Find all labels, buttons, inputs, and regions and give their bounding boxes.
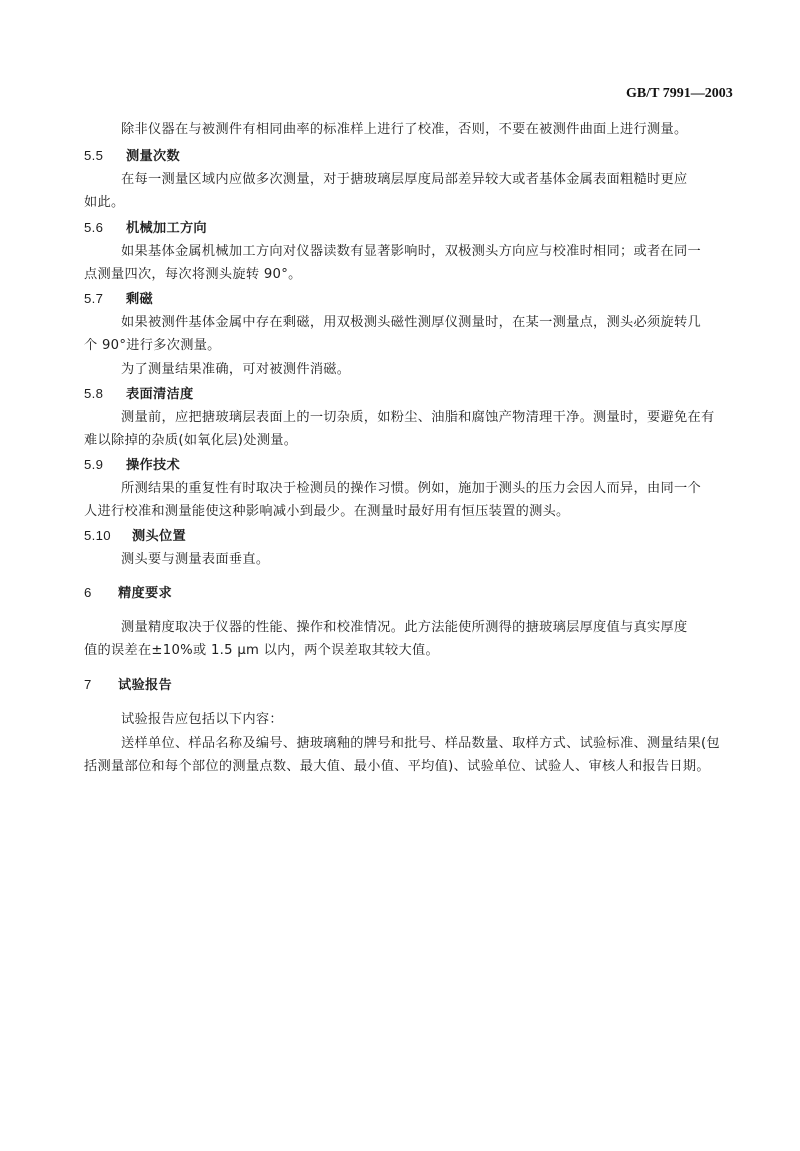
paragraph-line: 在每一测量区域内应做多次测量，对于搪玻璃层厚度局部差异较大或者基体金属表面粗糙时… [121, 172, 687, 188]
heading-number: 7 [84, 677, 118, 693]
heading-title: 测头位置 [132, 529, 186, 544]
heading-number: 5.6 [84, 220, 126, 236]
heading-title: 操作技术 [126, 458, 180, 473]
heading-number: 5.5 [84, 148, 126, 164]
paragraph-line: 人进行校准和测量能使这种影响减小到最少。在测量时最好用有恒压装置的测头。 [84, 504, 570, 520]
paragraph-line: 送样单位、样品名称及编号、搪玻璃釉的牌号和批号、样品数量、取样方式、试验标准、测… [121, 736, 720, 752]
heading-title: 机械加工方向 [126, 221, 207, 236]
paragraph-line: 如此。 [84, 195, 124, 211]
heading-title: 表面清洁度 [126, 387, 193, 402]
heading-title: 精度要求 [118, 586, 172, 601]
subsection-heading: 5.10测头位置 [84, 528, 186, 545]
paragraph-line: 为了测量结果准确，可对被测件消磁。 [121, 362, 350, 378]
subsection-heading: 5.5测量次数 [84, 148, 180, 165]
paragraph-line: 如果被测件基体金属中存在剩磁，用双极测头磁性测厚仪测量时，在某一测量点，测头必须… [121, 315, 701, 331]
subsection-heading: 5.8表面清洁度 [84, 386, 193, 403]
heading-number: 6 [84, 585, 118, 601]
standard-number: GB/T 7991—2003 [626, 86, 733, 102]
heading-number: 5.8 [84, 386, 126, 402]
paragraph-line: 测头要与测量表面垂直。 [121, 552, 269, 568]
paragraph-line: 个 90°进行多次测量。 [84, 338, 221, 354]
paragraph-line: 括测量部位和每个部位的测量点数、最大值、最小值、平均值)、试验单位、试验人、审核… [84, 759, 710, 775]
subsection-heading: 5.9操作技术 [84, 457, 180, 474]
subsection-heading: 5.6机械加工方向 [84, 220, 207, 237]
paragraph-line: 测量前，应把搪玻璃层表面上的一切杂质，如粉尘、油脂和腐蚀产物清理干净。测量时，要… [121, 410, 714, 426]
heading-number: 5.9 [84, 457, 126, 473]
heading-title: 试验报告 [118, 678, 172, 693]
paragraph-line: 值的误差在±10%或 1.5 μm 以内，两个误差取其较大值。 [84, 643, 439, 659]
paragraph-line: 点测量四次，每次将测头旋转 90°。 [84, 267, 302, 283]
heading-number: 5.10 [84, 528, 132, 544]
paragraph-line: 如果基体金属机械加工方向对仪器读数有显著影响时，双极测头方向应与校准时相同；或者… [121, 244, 701, 260]
heading-title: 测量次数 [126, 149, 180, 164]
paragraph-line: 测量精度取决于仪器的性能、操作和校准情况。此方法能使所测得的搪玻璃层厚度值与真实… [121, 620, 687, 636]
heading-title: 剩磁 [126, 292, 153, 307]
section-heading: 7试验报告 [84, 677, 172, 694]
heading-number: 5.7 [84, 291, 126, 307]
subsection-heading: 5.7剩磁 [84, 291, 153, 308]
paragraph-line: 除非仪器在与被测件有相同曲率的标准样上进行了校准，否则，不要在被测件曲面上进行测… [121, 122, 687, 138]
paragraph-line: 难以除掉的杂质(如氧化层)处测量。 [84, 433, 297, 449]
paragraph-line: 试验报告应包括以下内容： [121, 712, 283, 728]
paragraph-line: 所测结果的重复性有时取决于检测员的操作习惯。例如，施加于测头的压力会因人而异，由… [121, 481, 701, 497]
section-heading: 6精度要求 [84, 585, 172, 602]
